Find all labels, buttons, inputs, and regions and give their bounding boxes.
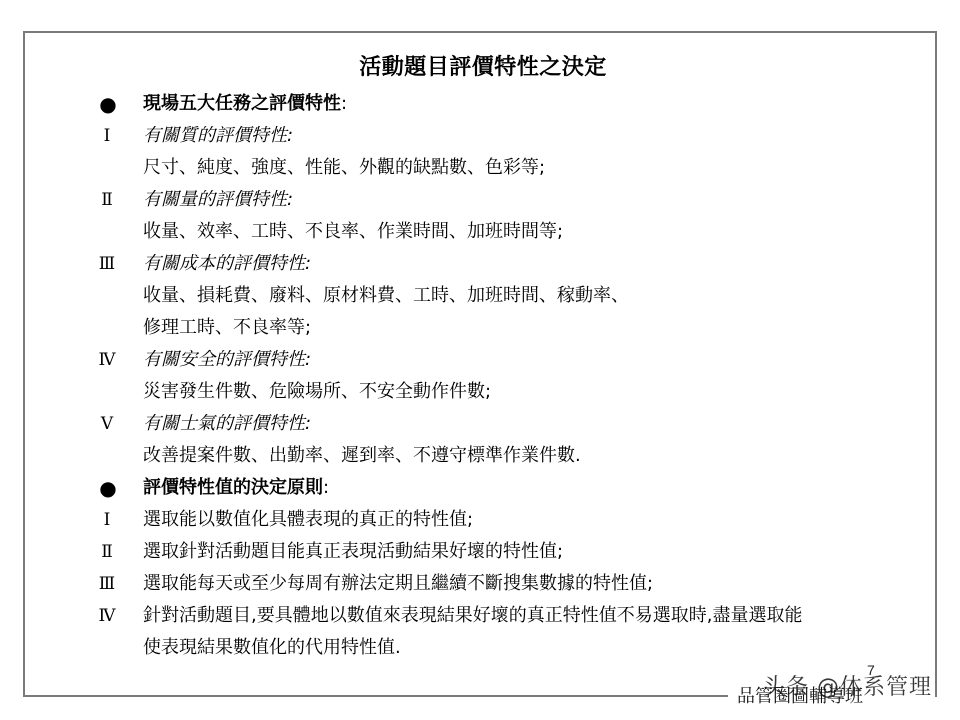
roman-numeral-2: Ⅱ	[92, 185, 122, 215]
roman-numeral-1: Ⅰ	[92, 505, 122, 535]
section-2-heading-text: 評價特性值的決定原則	[143, 477, 323, 498]
roman-numeral-4: Ⅳ	[92, 345, 122, 375]
category-detail-cost-line-1: 收量、損耗費、廢料、原材料費、工時、加班時間、稼動率、	[143, 281, 629, 311]
category-label-morale: 有關士氣的評價特性:	[143, 409, 311, 439]
slide-frame-right-border	[935, 31, 937, 697]
section-2-heading: 評價特性值的決定原則:	[143, 473, 329, 503]
category-detail-safety: 災害發生件數、危險場所、不安全動作件數;	[143, 377, 491, 407]
category-detail-quality: 尺寸、純度、強度、性能、外觀的缺點數、色彩等;	[143, 153, 545, 183]
category-detail-cost-line-2: 修理工時、不良率等;	[143, 313, 311, 343]
slide-frame-top-border	[23, 31, 937, 33]
section-1-heading-text: 現場五大任務之評價特性	[143, 93, 341, 114]
section-1-heading: 現場五大任務之評價特性:	[143, 89, 347, 119]
heading-colon: :	[323, 477, 329, 498]
slide-title: 活動題目評價特性之決定	[0, 50, 960, 81]
roman-numeral-3: Ⅲ	[92, 249, 122, 279]
category-label-cost: 有關成本的評價特性:	[143, 249, 311, 279]
watermark: 头条 @体系管理	[763, 670, 932, 701]
bullet-icon: ●	[93, 473, 123, 503]
roman-numeral-4: Ⅳ	[92, 601, 122, 631]
principle-text-1: 選取能以數值化具體表現的真正的特性值;	[143, 505, 473, 535]
category-label-quantity: 有關量的評價特性:	[143, 185, 293, 215]
category-detail-morale: 改善提案件數、出勤率、遲到率、不遵守標準作業件數.	[143, 441, 581, 471]
bullet-icon: ●	[93, 89, 123, 119]
roman-numeral-5: Ⅴ	[92, 409, 122, 439]
category-detail-quantity: 收量、效率、工時、不良率、作業時間、加班時間等;	[143, 217, 563, 247]
category-label-quality: 有關質的評價特性:	[143, 121, 293, 151]
roman-numeral-3: Ⅲ	[92, 569, 122, 599]
slide-frame-left-border	[23, 31, 25, 697]
roman-numeral-2: Ⅱ	[92, 537, 122, 567]
principle-text-4: 針對活動題目,要具體地以數值來表現結果好壞的真正特性值不易選取時,盡量選取能	[143, 601, 802, 631]
heading-colon: :	[341, 93, 347, 114]
category-label-safety: 有關安全的評價特性:	[143, 345, 311, 375]
principle-text-2: 選取針對活動題目能真正表現活動結果好壞的特性值;	[143, 537, 563, 567]
principle-text-3: 選取能每天或至少每周有辦法定期且繼續不斷搜集數據的特性值;	[143, 569, 653, 599]
roman-numeral-1: Ⅰ	[92, 121, 122, 151]
principle-text-4-continuation: 使表現結果數值化的代用特性值.	[143, 633, 401, 663]
slide-frame-bottom-border	[23, 695, 728, 697]
